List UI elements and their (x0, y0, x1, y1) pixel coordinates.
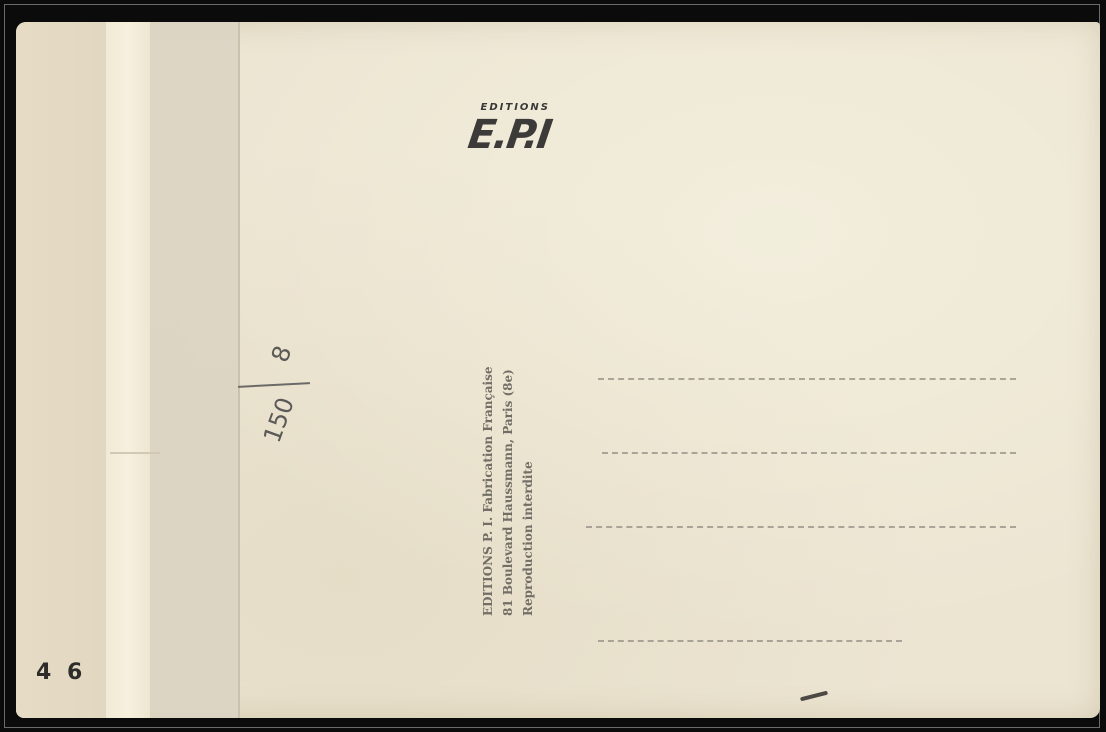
corner-ink-mark: 4 6 (36, 660, 86, 685)
pencil-note-bottom: 150 (258, 394, 300, 447)
publisher-stamp: EDITIONS P. I. Fabrication Française 81 … (472, 236, 544, 616)
address-line (602, 452, 1016, 454)
logo-mark: E.P.I (447, 113, 553, 157)
stamp-line-1: EDITIONS P. I. Fabrication Française (478, 236, 498, 616)
address-line (598, 378, 1016, 380)
tape-strip-overlay (150, 22, 238, 718)
postcard-back (16, 22, 1100, 718)
pencil-note-top: 8 (266, 342, 298, 366)
tape-strip (16, 22, 106, 718)
pencil-price-note: 8 150 (238, 340, 328, 470)
stamp-line-2: 81 Boulevard Haussmann, Paris (8e) (498, 236, 518, 616)
stamp-line-3: Reproduction interdite (518, 236, 538, 616)
publisher-logo: EDITIONS E.P.I (450, 102, 550, 157)
tape-strip-highlight (106, 22, 150, 718)
tape-notch (110, 452, 160, 454)
address-line (598, 640, 902, 642)
address-line (586, 526, 1016, 528)
pencil-fraction-line (238, 382, 310, 388)
